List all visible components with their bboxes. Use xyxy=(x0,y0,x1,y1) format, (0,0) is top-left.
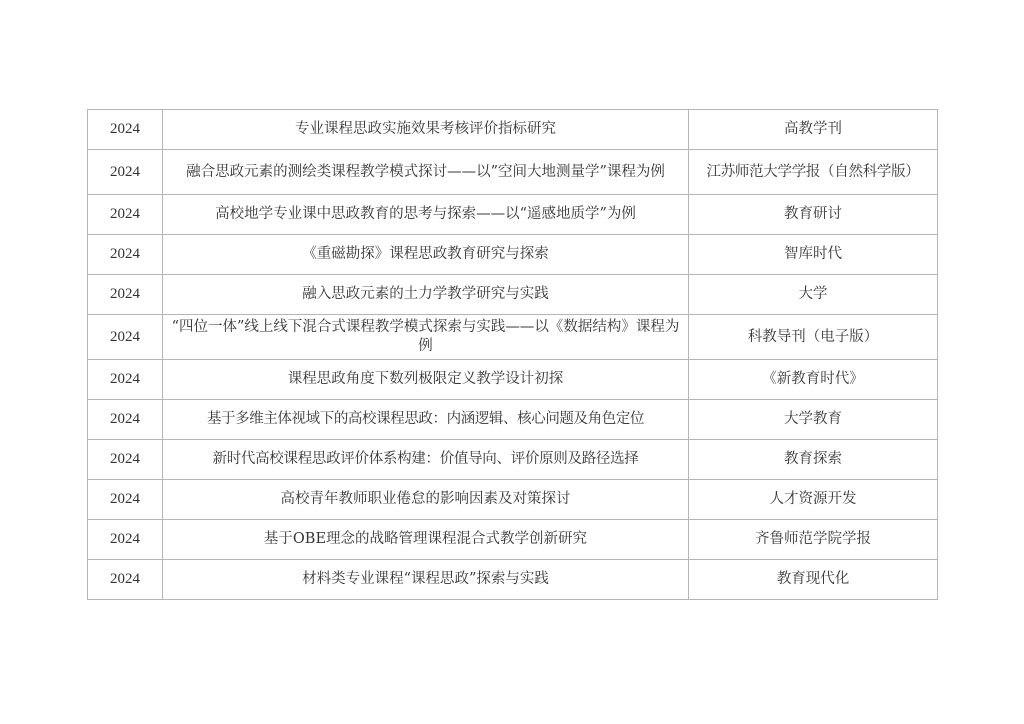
year-cell: 2024 xyxy=(88,195,163,235)
table-row: 2024 课程思政角度下数列极限定义教学设计初探 《新教育时代》 xyxy=(88,360,938,400)
title-cell: 基于多维主体视域下的高校课程思政：内涵逻辑、核心问题及角色定位 xyxy=(163,400,689,440)
year-cell: 2024 xyxy=(88,560,163,600)
table-row: 2024 高校青年教师职业倦怠的影响因素及对策探讨 人才资源开发 xyxy=(88,480,938,520)
journal-cell: 智库时代 xyxy=(689,235,938,275)
year-cell: 2024 xyxy=(88,235,163,275)
journal-cell: 人才资源开发 xyxy=(689,480,938,520)
table-row: 2024 新时代高校课程思政评价体系构建：价值导向、评价原则及路径选择 教育探索 xyxy=(88,440,938,480)
journal-cell: 教育研讨 xyxy=(689,195,938,235)
year-cell: 2024 xyxy=(88,275,163,315)
title-cell: 新时代高校课程思政评价体系构建：价值导向、评价原则及路径选择 xyxy=(163,440,689,480)
year-cell: 2024 xyxy=(88,110,163,150)
year-cell: 2024 xyxy=(88,480,163,520)
year-cell: 2024 xyxy=(88,440,163,480)
journal-cell: 江苏师范大学学报（自然科学版） xyxy=(689,150,938,195)
table-row: 2024 基于OBE理念的战略管理课程混合式教学创新研究 齐鲁师范学院学报 xyxy=(88,520,938,560)
title-cell: 基于OBE理念的战略管理课程混合式教学创新研究 xyxy=(163,520,689,560)
title-cell: 专业课程思政实施效果考核评价指标研究 xyxy=(163,110,689,150)
title-cell: “四位一体”线上线下混合式课程教学模式探索与实践——以《数据结构》课程为例 xyxy=(163,315,689,360)
table-row: 2024 高校地学专业课中思政教育的思考与探索——以“遥感地质学”为例 教育研讨 xyxy=(88,195,938,235)
title-cell: 融合思政元素的测绘类课程教学模式探讨——以”空间大地测量学”课程为例 xyxy=(163,150,689,195)
table-row: 2024 “四位一体”线上线下混合式课程教学模式探索与实践——以《数据结构》课程… xyxy=(88,315,938,360)
publications-table: 2024 专业课程思政实施效果考核评价指标研究 高教学刊 2024 融合思政元素… xyxy=(87,109,938,600)
year-cell: 2024 xyxy=(88,400,163,440)
table-row: 2024 材料类专业课程“课程思政”探索与实践 教育现代化 xyxy=(88,560,938,600)
title-cell: 高校地学专业课中思政教育的思考与探索——以“遥感地质学”为例 xyxy=(163,195,689,235)
year-cell: 2024 xyxy=(88,315,163,360)
title-cell: 课程思政角度下数列极限定义教学设计初探 xyxy=(163,360,689,400)
table-row: 2024 《重磁勘探》课程思政教育研究与探索 智库时代 xyxy=(88,235,938,275)
table-row: 2024 基于多维主体视域下的高校课程思政：内涵逻辑、核心问题及角色定位 大学教… xyxy=(88,400,938,440)
journal-cell: 教育探索 xyxy=(689,440,938,480)
year-cell: 2024 xyxy=(88,150,163,195)
title-cell: 《重磁勘探》课程思政教育研究与探索 xyxy=(163,235,689,275)
journal-cell: 《新教育时代》 xyxy=(689,360,938,400)
journal-cell: 齐鲁师范学院学报 xyxy=(689,520,938,560)
table-row: 2024 融合思政元素的测绘类课程教学模式探讨——以”空间大地测量学”课程为例 … xyxy=(88,150,938,195)
title-cell: 融入思政元素的土力学教学研究与实践 xyxy=(163,275,689,315)
table-row: 2024 融入思政元素的土力学教学研究与实践 大学 xyxy=(88,275,938,315)
journal-cell: 科教导刊（电子版） xyxy=(689,315,938,360)
table-row: 2024 专业课程思政实施效果考核评价指标研究 高教学刊 xyxy=(88,110,938,150)
journal-cell: 大学教育 xyxy=(689,400,938,440)
title-cell: 材料类专业课程“课程思政”探索与实践 xyxy=(163,560,689,600)
year-cell: 2024 xyxy=(88,360,163,400)
journal-cell: 大学 xyxy=(689,275,938,315)
journal-cell: 教育现代化 xyxy=(689,560,938,600)
journal-cell: 高教学刊 xyxy=(689,110,938,150)
year-cell: 2024 xyxy=(88,520,163,560)
title-cell: 高校青年教师职业倦怠的影响因素及对策探讨 xyxy=(163,480,689,520)
